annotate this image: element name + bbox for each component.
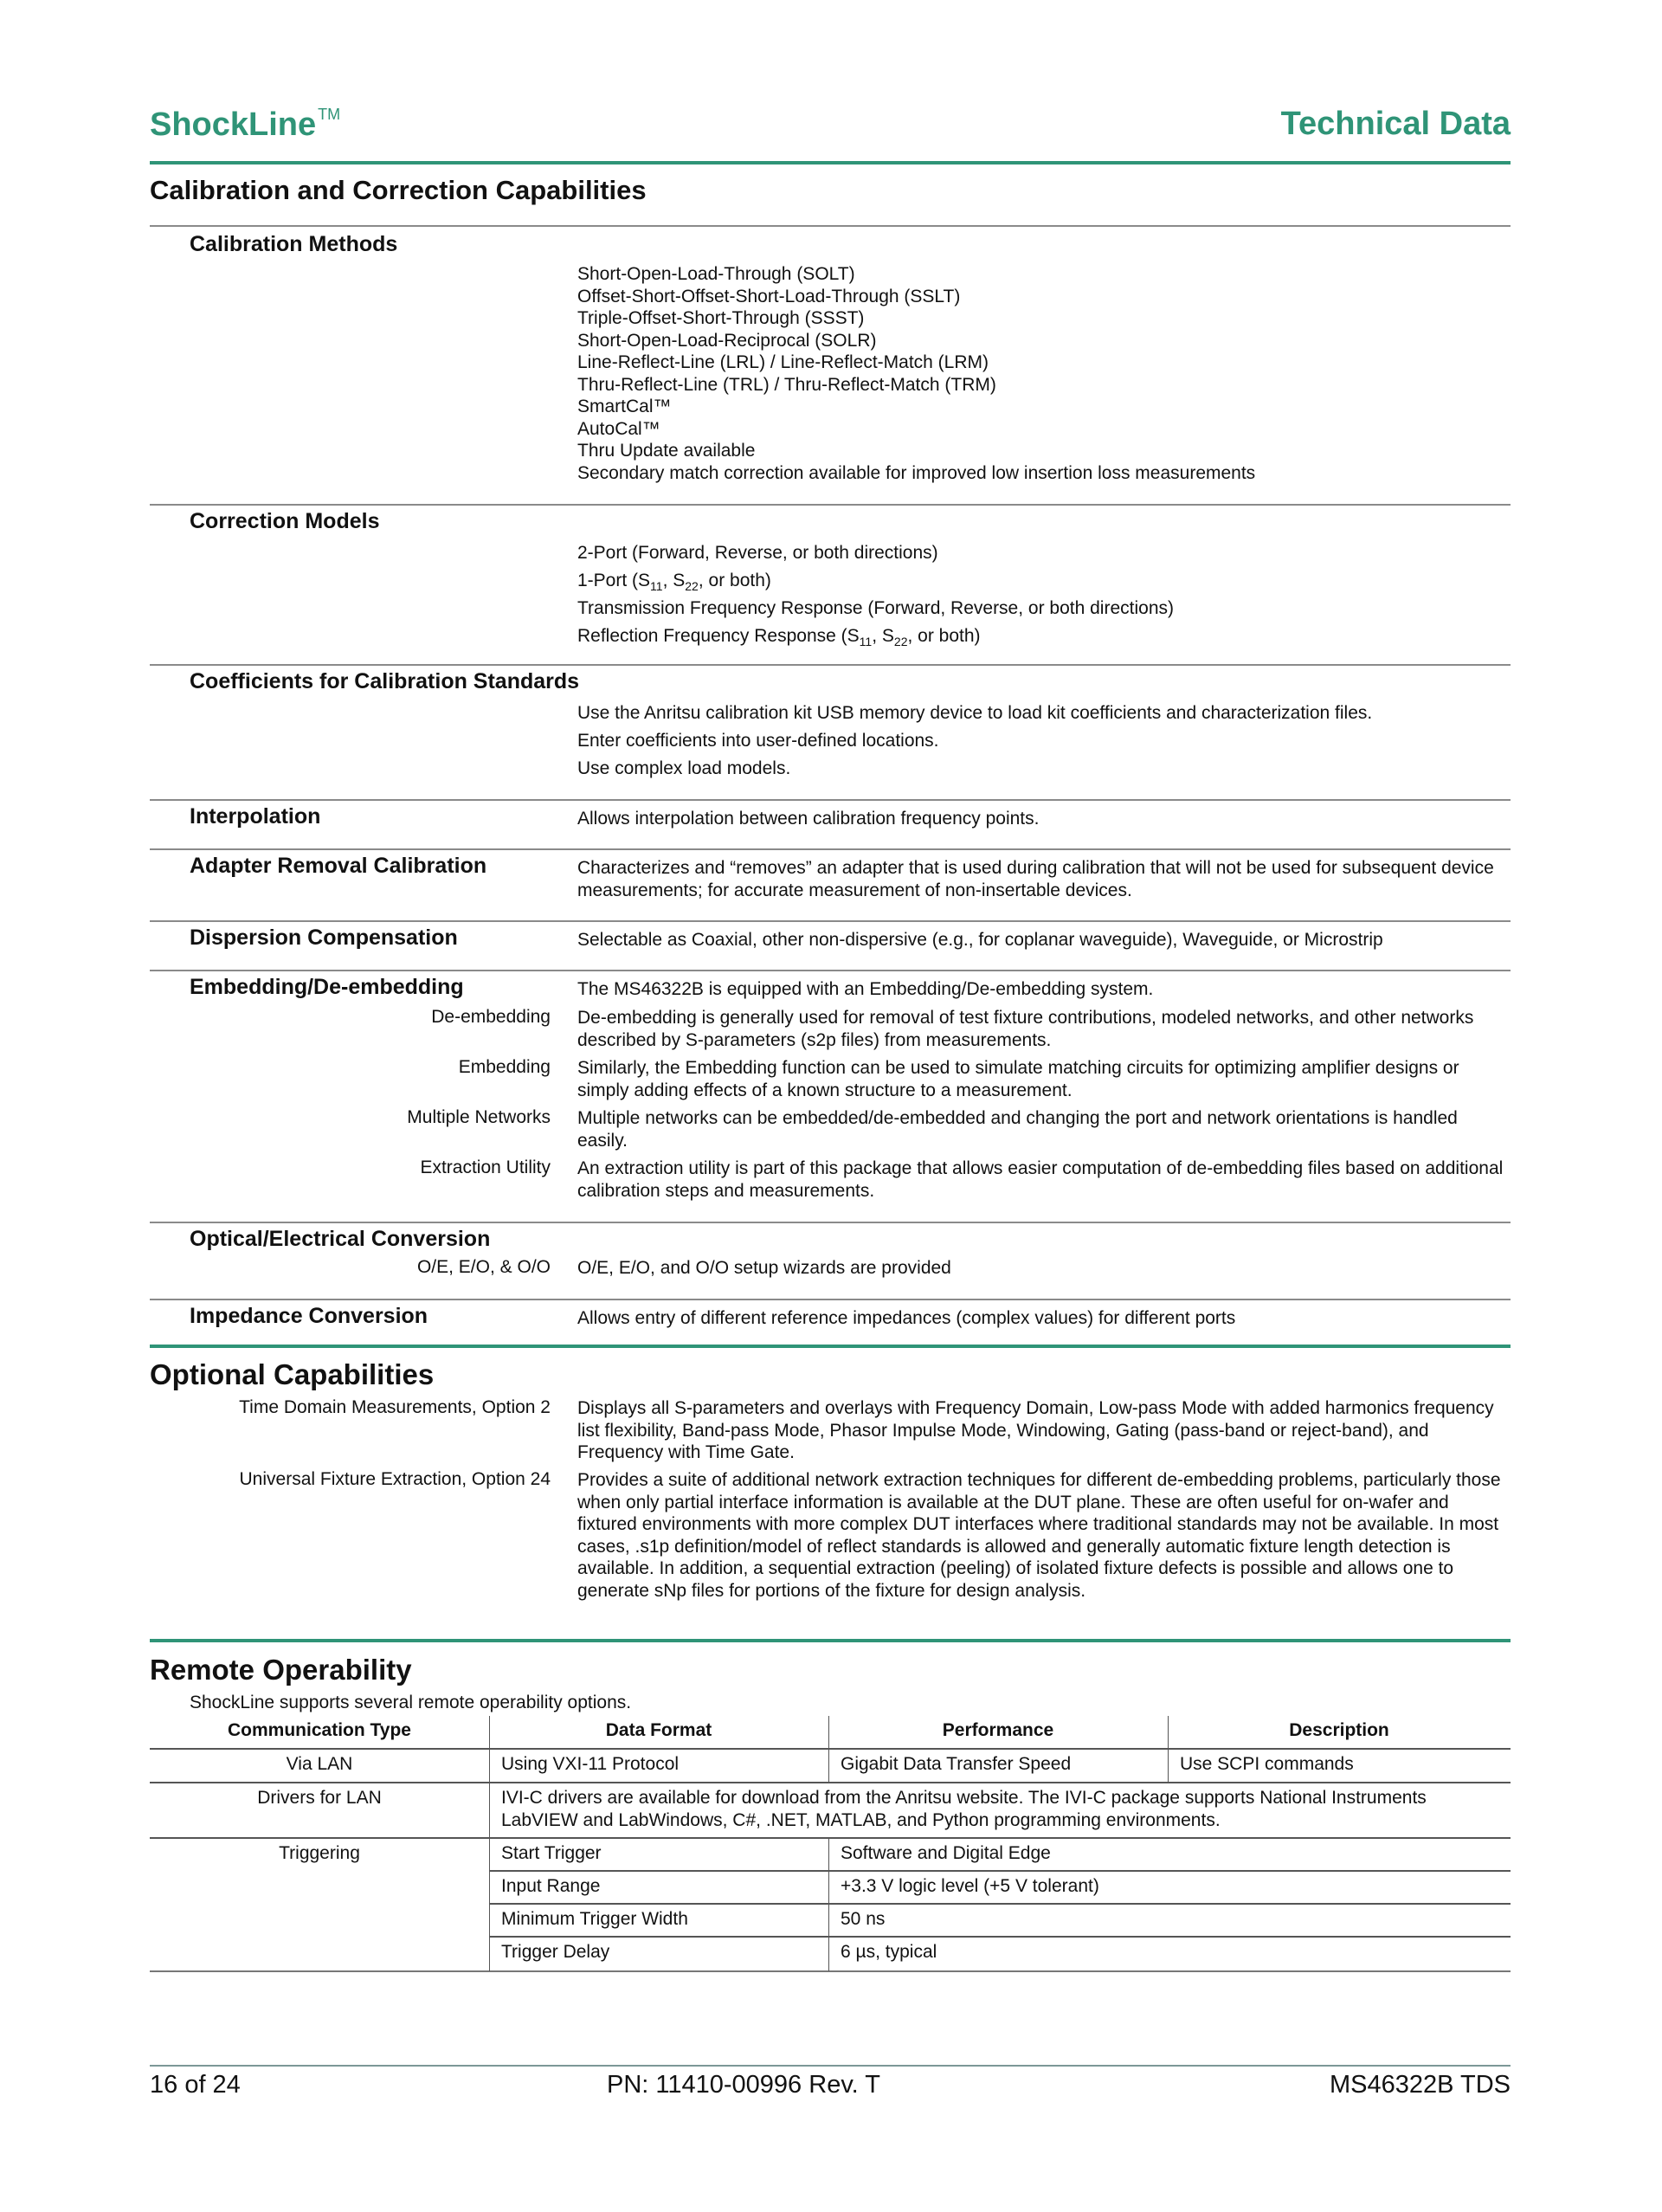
- list-item: Offset-Short-Offset-Short-Load-Through (…: [577, 286, 1511, 308]
- option-label-fixture-extraction: Universal Fixture Extraction, Option 24: [240, 1469, 551, 1490]
- label-interpolation: Interpolation: [190, 804, 320, 829]
- list-item: Use the Anritsu calibration kit USB memo…: [577, 700, 1511, 727]
- table-rule: [1168, 1748, 1169, 1782]
- table-rule: [828, 1837, 829, 1971]
- label-optical-conversion: Optical/Electrical Conversion: [190, 1227, 490, 1252]
- part-number: PN: 11410-00996 Rev. T: [63, 2071, 1424, 2099]
- label-coefficients: Coefficients for Calibration Standards: [190, 669, 579, 694]
- table-rule: [489, 1837, 490, 1971]
- column-header: Communication Type: [150, 1719, 489, 1742]
- table-rule: [150, 1837, 1511, 1839]
- section-rule: [150, 1345, 1511, 1348]
- option-value-fixture-extraction: Provides a suite of additional network e…: [577, 1469, 1511, 1602]
- section-rule: [150, 1639, 1511, 1642]
- label-embedding: Embedding/De-embedding: [190, 975, 464, 1000]
- table-cell: Gigabit Data Transfer Speed: [841, 1753, 1071, 1776]
- label-calibration-methods: Calibration Methods: [190, 232, 397, 257]
- table-rule: [489, 1716, 490, 1748]
- remote-intro: ShockLine supports several remote operab…: [190, 1693, 631, 1713]
- sub-label-de-embedding: De-embedding: [431, 1007, 551, 1028]
- table-rule: [150, 1782, 1511, 1783]
- table-rule: [489, 1936, 1511, 1938]
- table-cell: 50 ns: [841, 1908, 885, 1931]
- list-item: Transmission Frequency Response (Forward…: [577, 595, 1511, 622]
- table-cell: Trigger Delay: [501, 1941, 609, 1964]
- table-cell: 6 µs, typical: [841, 1941, 937, 1964]
- table-rule: [489, 1782, 490, 1837]
- divider: [150, 799, 1511, 801]
- page-header: ShockLineTM Technical Data: [150, 102, 1511, 154]
- trademark-mark: TM: [318, 106, 340, 123]
- list-item: SmartCal™: [577, 396, 1511, 418]
- section-title-calibration: Calibration and Correction Capabilities: [150, 175, 647, 206]
- divider: [150, 225, 1511, 227]
- table-cell: Via LAN: [150, 1753, 489, 1776]
- table-cell: IVI-C drivers are available for download…: [501, 1787, 1505, 1831]
- table-rule: [828, 1716, 829, 1748]
- table-cell: Software and Digital Edge: [841, 1842, 1051, 1865]
- label-dispersion: Dispersion Compensation: [190, 925, 458, 951]
- list-item: AutoCal™: [577, 418, 1511, 441]
- header-rule: [150, 161, 1511, 164]
- list-item: Thru-Reflect-Line (TRL) / Thru-Reflect-M…: [577, 374, 1511, 397]
- list-item: 1-Port (S11, S22, or both): [577, 567, 1511, 595]
- list-item: Short-Open-Load-Through (SOLT): [577, 263, 1511, 286]
- sub-label-extraction-utility: Extraction Utility: [420, 1158, 551, 1178]
- table-cell: Using VXI-11 Protocol: [501, 1753, 679, 1776]
- table-cell: Use SCPI commands: [1180, 1753, 1354, 1776]
- list-item: Use complex load models.: [577, 755, 1511, 783]
- divider: [150, 848, 1511, 850]
- sub-label-oe-eo-oo: O/E, E/O, & O/O: [417, 1257, 551, 1278]
- section-title-optional: Optional Capabilities: [150, 1358, 434, 1391]
- column-header: Performance: [828, 1719, 1168, 1742]
- table-rule: [828, 1748, 829, 1782]
- divider: [150, 1222, 1511, 1223]
- label-impedance-conversion: Impedance Conversion: [190, 1304, 428, 1329]
- table-rule: [489, 1748, 490, 1782]
- table-cell: Triggering: [150, 1842, 489, 1865]
- table-cell: Minimum Trigger Width: [501, 1908, 688, 1931]
- list-item: Reflection Frequency Response (S11, S22,…: [577, 622, 1511, 650]
- calibration-methods-list: Short-Open-Load-Through (SOLT) Offset-Sh…: [577, 263, 1511, 484]
- embedding-intro: The MS46322B is equipped with an Embeddi…: [577, 978, 1511, 1001]
- list-item: Enter coefficients into user-defined loc…: [577, 727, 1511, 755]
- list-item: Thru Update available: [577, 440, 1511, 462]
- option-value-time-domain: Displays all S-parameters and overlays w…: [577, 1397, 1511, 1464]
- option-label-time-domain: Time Domain Measurements, Option 2: [239, 1397, 551, 1418]
- divider: [150, 920, 1511, 922]
- divider: [150, 664, 1511, 666]
- brand-title: ShockLineTM: [150, 106, 340, 144]
- sub-label-multiple-networks: Multiple Networks: [407, 1107, 551, 1128]
- impedance-conversion-value: Allows entry of different reference impe…: [577, 1307, 1511, 1330]
- column-header: Data Format: [489, 1719, 828, 1742]
- table-rule: [150, 1748, 1511, 1750]
- list-item: Line-Reflect-Line (LRL) / Line-Reflect-M…: [577, 351, 1511, 374]
- label-adapter-removal: Adapter Removal Calibration: [190, 854, 486, 879]
- table-cell: Drivers for LAN: [150, 1787, 489, 1809]
- dispersion-value: Selectable as Coaxial, other non-dispers…: [577, 929, 1511, 951]
- table-cell: Input Range: [501, 1875, 600, 1898]
- extraction-utility-value: An extraction utility is part of this pa…: [577, 1158, 1511, 1202]
- table-rule: [1168, 1716, 1169, 1748]
- multiple-networks-value: Multiple networks can be embedded/de-emb…: [577, 1107, 1511, 1151]
- de-embedding-value: De-embedding is generally used for remov…: [577, 1007, 1511, 1051]
- optical-conversion-value: O/E, E/O, and O/O setup wizards are prov…: [577, 1257, 1511, 1280]
- sub-label-embedding: Embedding: [459, 1057, 551, 1078]
- table-cell: Start Trigger: [501, 1842, 602, 1865]
- list-item: 2-Port (Forward, Reverse, or both direct…: [577, 539, 1511, 567]
- table-cell: +3.3 V logic level (+5 V tolerant): [841, 1875, 1099, 1898]
- column-header: Description: [1168, 1719, 1511, 1742]
- document-id: MS46322B TDS: [1330, 2071, 1511, 2099]
- interpolation-value: Allows interpolation between calibration…: [577, 808, 1511, 830]
- table-rule: [489, 1870, 1511, 1872]
- table-rule: [489, 1903, 1511, 1905]
- label-correction-models: Correction Models: [190, 509, 379, 534]
- divider: [150, 970, 1511, 971]
- divider: [150, 1299, 1511, 1300]
- list-item: Short-Open-Load-Reciprocal (SOLR): [577, 330, 1511, 352]
- embedding-value: Similarly, the Embedding function can be…: [577, 1057, 1511, 1101]
- list-item: Secondary match correction available for…: [577, 462, 1511, 485]
- coefficients-list: Use the Anritsu calibration kit USB memo…: [577, 700, 1511, 783]
- divider: [150, 504, 1511, 506]
- adapter-removal-value: Characterizes and “removes” an adapter t…: [577, 857, 1511, 901]
- document-type: Technical Data: [1281, 106, 1511, 143]
- table-rule: [150, 1970, 1511, 1972]
- correction-models-list: 2-Port (Forward, Reverse, or both direct…: [577, 539, 1511, 650]
- footer-rule: [150, 2065, 1511, 2067]
- section-title-remote: Remote Operability: [150, 1654, 412, 1686]
- remote-operability-table: Communication Type Data Format Performan…: [150, 1716, 1511, 1976]
- list-item: Triple-Offset-Short-Through (SSST): [577, 307, 1511, 330]
